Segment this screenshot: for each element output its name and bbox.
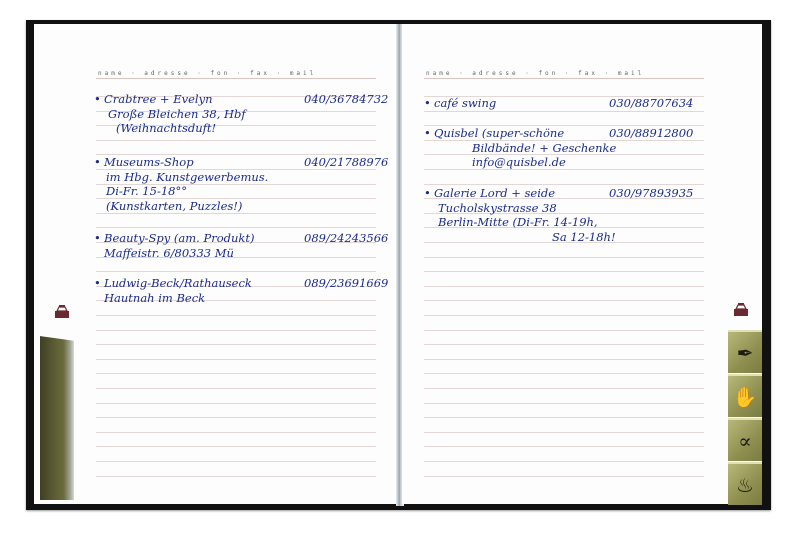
ruled-line [424, 271, 704, 272]
ruled-line [96, 227, 376, 228]
phone-number: 089/23691669 [304, 276, 388, 291]
phone-number: 030/88912800 [609, 126, 693, 141]
column-header: name · adresse · fon · fax · mail [426, 70, 644, 77]
header-address: adresse [472, 70, 518, 77]
column-header: name · adresse · fon · fax · mail [98, 70, 316, 77]
ruled-line [424, 286, 704, 287]
header-phone: fon [210, 70, 230, 77]
address-book: name · adresse · fon · fax · mail • Crab… [26, 20, 771, 510]
ruled-line [424, 403, 704, 404]
index-tabs-right: ✒ ✋ ∝ ♨ [728, 330, 764, 506]
ruled-line [96, 359, 376, 360]
ruled-line [424, 417, 704, 418]
tab-pen[interactable]: ✒ [728, 330, 762, 373]
header-mail: mail [618, 70, 644, 77]
left-page: name · adresse · fon · fax · mail • Crab… [34, 24, 399, 504]
entry-cafe-swing: • café swing 030/88707634 [434, 96, 496, 111]
header-fax: fax [250, 70, 270, 77]
ruled-line [96, 271, 376, 272]
tab-fish[interactable]: ∝ [728, 418, 762, 461]
ruled-line [424, 257, 704, 258]
ruled-line [424, 388, 704, 389]
ruled-line [96, 403, 376, 404]
phone-number: 030/88707634 [609, 96, 693, 111]
header-mail: mail [290, 70, 316, 77]
header-fax: fax [578, 70, 598, 77]
ruled-line [424, 184, 704, 185]
entry-beauty-spy: • Beauty-Spy (am. Produkt) Maffeistr. 6/… [104, 231, 254, 260]
ruled-line [424, 300, 704, 301]
ruled-line [96, 461, 376, 462]
ruled-line [424, 330, 704, 331]
header-phone: fon [538, 70, 558, 77]
ruled-line [424, 432, 704, 433]
ruled-line [424, 111, 704, 112]
ruled-line [424, 359, 704, 360]
header-rule [96, 78, 376, 79]
ruled-line [424, 344, 704, 345]
ruled-line [96, 140, 376, 141]
header-address: adresse [144, 70, 190, 77]
index-tab-left[interactable] [40, 332, 74, 500]
phone-icon [54, 305, 70, 319]
phone-number: 040/21788976 [304, 155, 388, 170]
fish-icon: ∝ [738, 429, 752, 453]
ruled-line [96, 388, 376, 389]
ruled-line [424, 446, 704, 447]
ruled-line [96, 344, 376, 345]
right-page: name · adresse · fon · fax · mail • café… [402, 24, 762, 504]
ruled-line [96, 446, 376, 447]
phone-number: 040/36784732 [304, 92, 388, 107]
hand-icon: ✋ [733, 385, 758, 409]
header-rule [424, 78, 704, 79]
phone-number: 030/97893935 [609, 186, 693, 201]
phone-icon [733, 303, 749, 317]
entry-museums-shop: • Museums-Shop im Hbg. Kunstgewerbemus. … [104, 155, 268, 213]
ruled-line [424, 461, 704, 462]
candle-icon: ♨ [736, 473, 754, 497]
header-name: name [426, 70, 452, 77]
pen-icon: ✒ [737, 341, 754, 365]
ruled-line [96, 315, 376, 316]
entry-galerie: • Galerie Lord + seide Tucholskystrasse … [434, 186, 616, 244]
ruled-line [96, 476, 376, 477]
ruled-line [424, 373, 704, 374]
tab-hand[interactable]: ✋ [728, 374, 762, 417]
ruled-line [96, 330, 376, 331]
ruled-line [424, 315, 704, 316]
ruled-line [424, 476, 704, 477]
ruled-line [96, 417, 376, 418]
tab-candle[interactable]: ♨ [728, 462, 762, 505]
phone-number: 089/24243566 [304, 231, 388, 246]
ruled-line [96, 432, 376, 433]
entry-crabtree: • Crabtree + Evelyn Große Bleichen 38, H… [104, 92, 246, 136]
ruled-line [96, 373, 376, 374]
entry-quisbel: • Quisbel (super-schöne Bildbände! + Ges… [434, 126, 616, 170]
entry-ludwig-beck: • Ludwig-Beck/Rathauseck Hautnah im Beck… [104, 276, 252, 305]
header-name: name [98, 70, 124, 77]
